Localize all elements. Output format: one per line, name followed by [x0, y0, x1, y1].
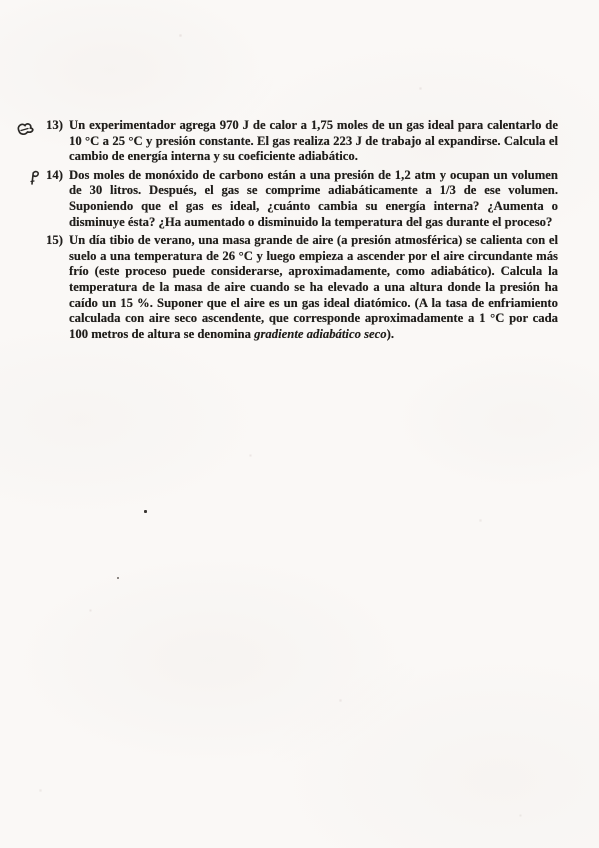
problem-number: 13): [46, 118, 63, 134]
problem-number: 14): [46, 168, 63, 184]
paper-speck: [144, 510, 147, 513]
problem-item-15: 15) Un día tibio de verano, una masa gra…: [46, 233, 558, 342]
problem-item-13: 13) Un experimentador agrega 970 J de ca…: [46, 118, 558, 165]
problem-text-segment: ).: [387, 327, 394, 341]
problems-list: 13) Un experimentador agrega 970 J de ca…: [46, 118, 558, 345]
problem-text-segment: Un día tibio de verano, una masa grande …: [69, 233, 558, 341]
problem-number: 15): [46, 233, 63, 249]
paper-texture-freckles: [0, 0, 1, 1]
pen-scribble-icon: [15, 121, 37, 139]
paper-speck: [117, 577, 119, 579]
scanned-page: { "document": { "language": "es", "color…: [0, 0, 599, 848]
problem-text: Dos moles de monóxido de carbono están a…: [69, 168, 558, 230]
problem-text: Un experimentador agrega 970 J de calor …: [69, 118, 558, 165]
emphasis-gradiente-adiabatico-seco: gradiente adiabático seco: [254, 327, 387, 341]
problem-item-14: 14) Dos moles de monóxido de carbono est…: [46, 168, 558, 230]
pen-check-icon: [27, 169, 43, 186]
problem-text: Un día tibio de verano, una masa grande …: [69, 233, 558, 342]
